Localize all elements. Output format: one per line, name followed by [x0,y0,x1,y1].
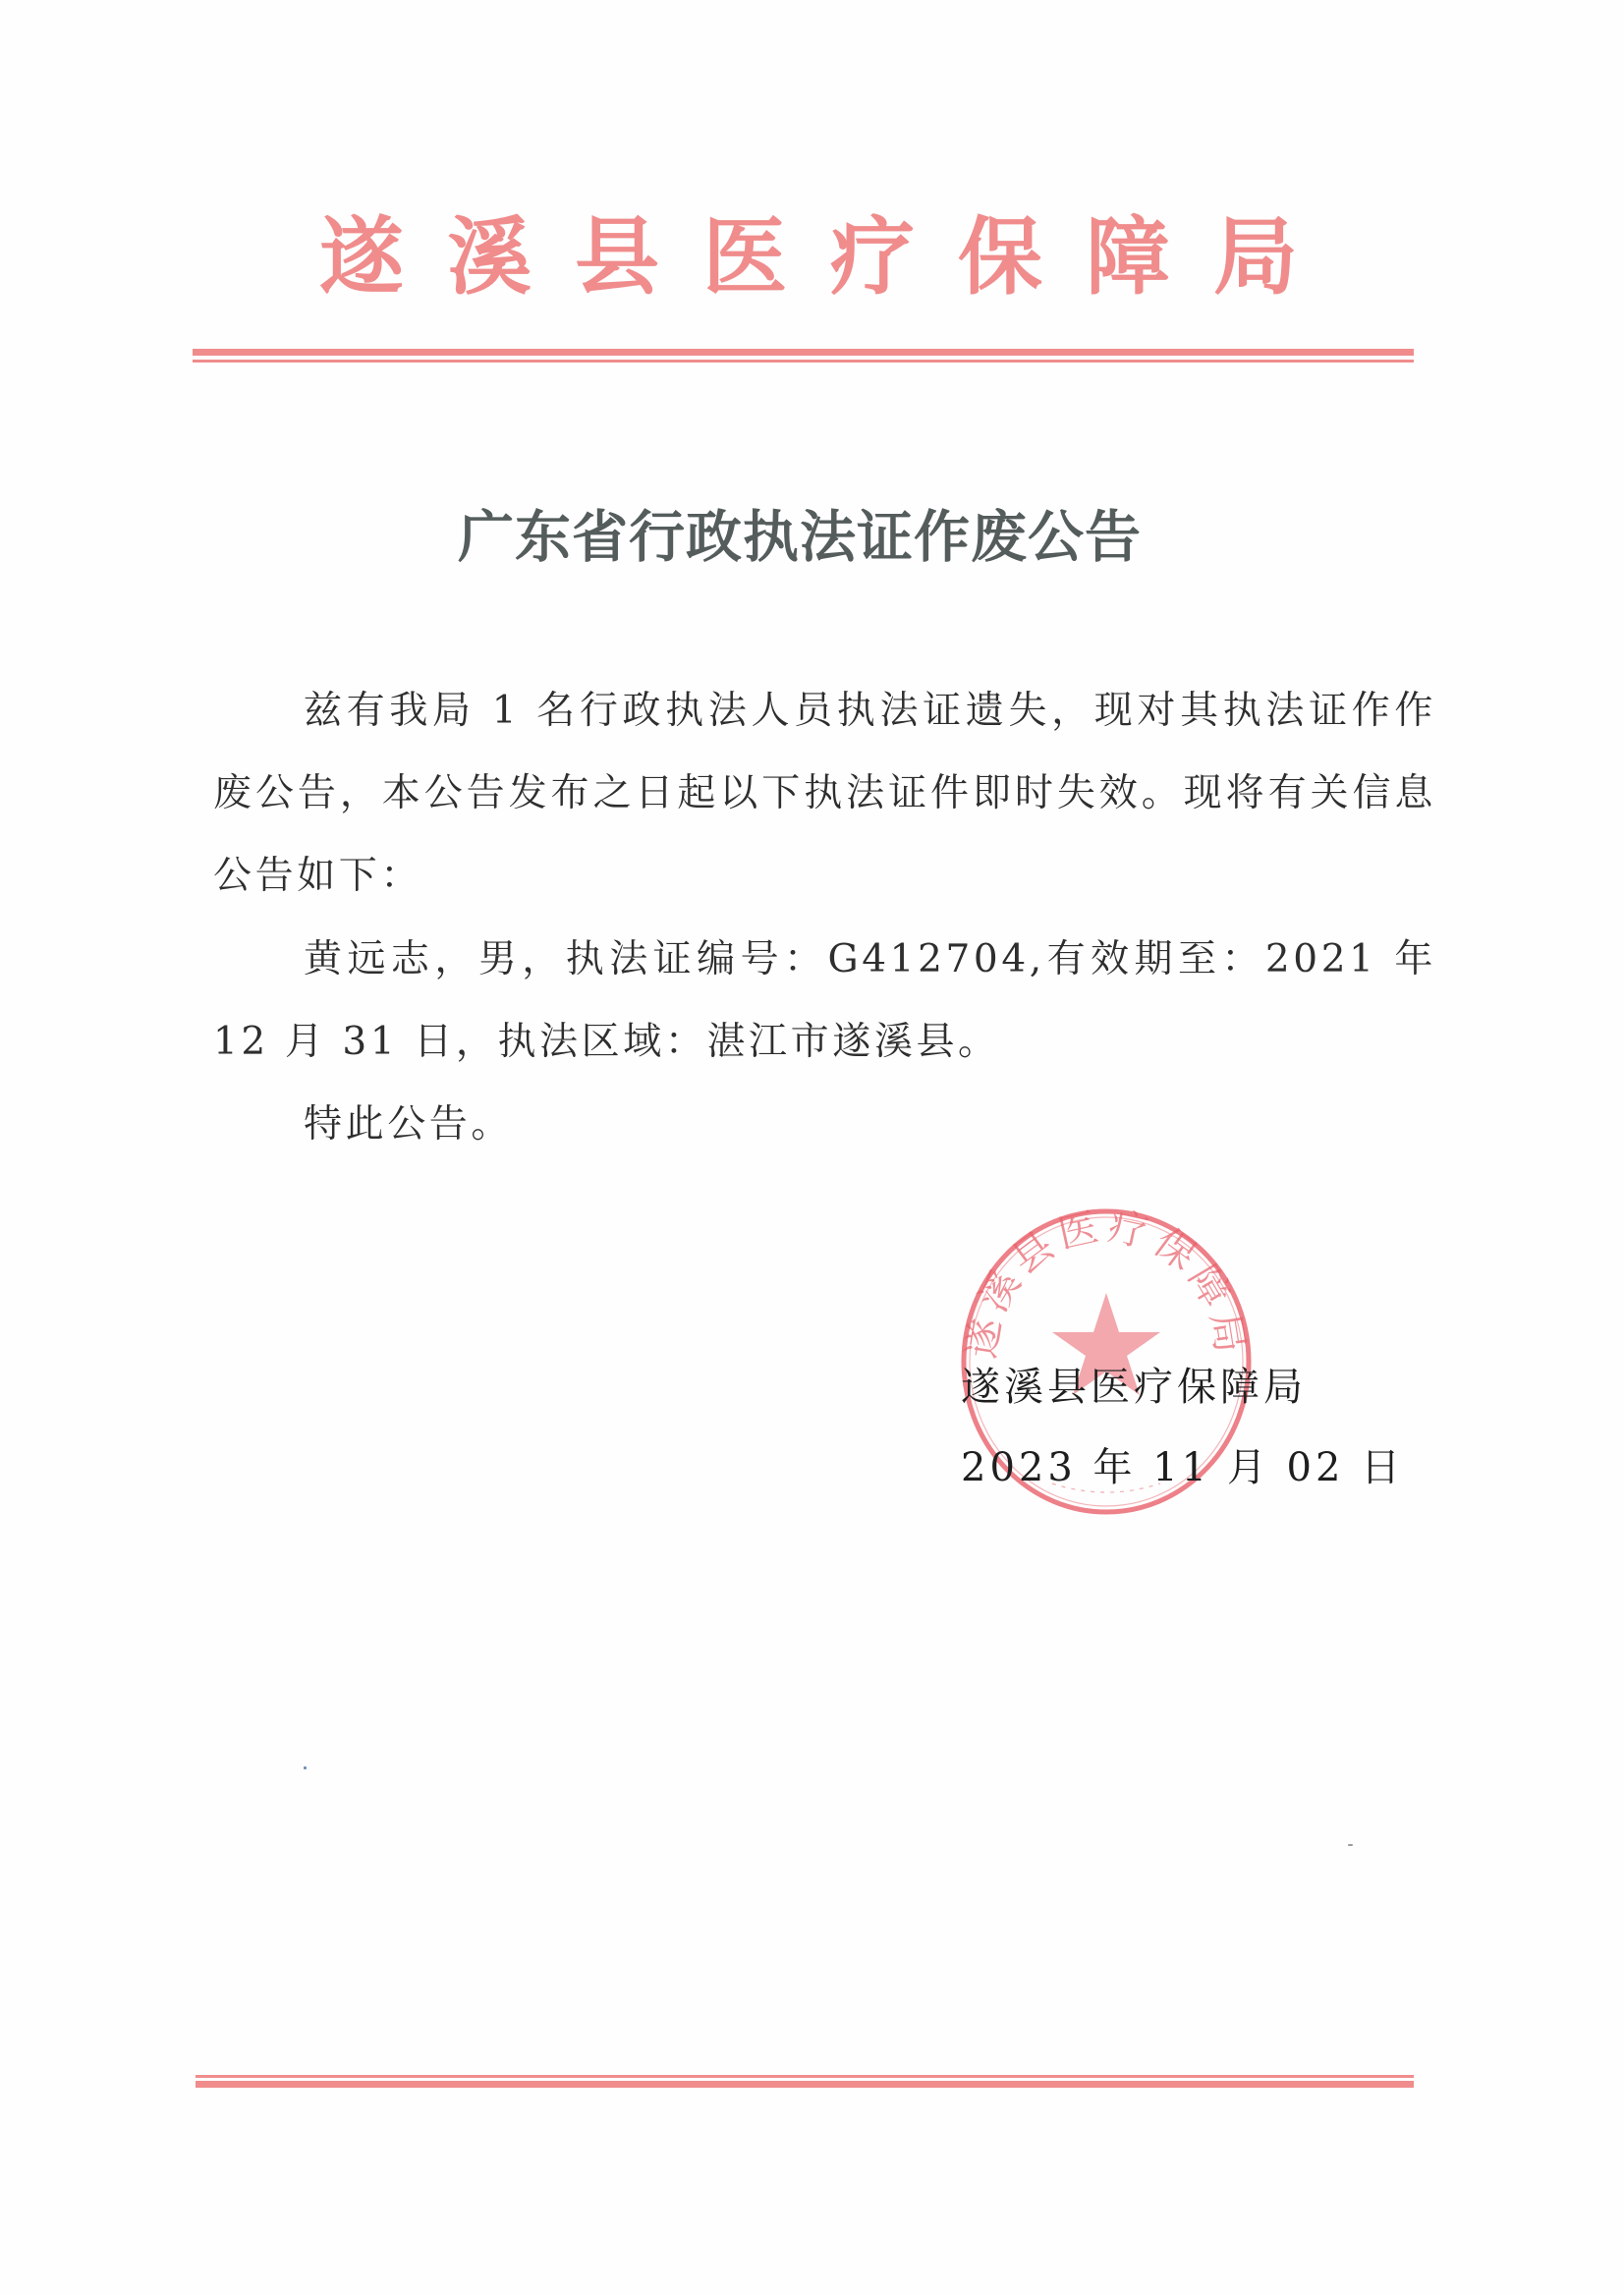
scan-speck [1348,1844,1353,1846]
scan-speck [304,1766,307,1769]
letterhead-char: 县 [568,208,666,307]
signature-organization: 遂溪县医疗保障局 [961,1360,1307,1415]
letterhead-char: 疗 [823,208,922,307]
footer-divider-thin [196,2075,1414,2078]
letterhead-divider-thin [193,360,1414,363]
document-page: 遂 溪 县 医 疗 保 障 局 广东省行政执法证作废公告 兹有我局 1 名行政执… [0,0,1624,2295]
notice-body-paragraph: 黄远志，男，执法证编号：G412704,有效期至：2021 年 12 月 31 … [213,919,1436,1084]
letterhead-divider-thick [193,349,1414,356]
letterhead-char: 遂 [312,208,411,307]
letterhead-char: 医 [696,208,794,307]
signature-date: 2023 年 11 月 02 日 [961,1440,1404,1495]
notice-closing: 特此公告。 [213,1084,1436,1166]
paragraph-text: 黄远志，男，执法证编号：G412704,有效期至：2021 年 12 月 31 … [213,919,1436,1084]
letterhead-char: 溪 [440,208,538,307]
paragraph-text: 特此公告。 [213,1084,1436,1166]
letterhead-char: 局 [1206,208,1305,307]
letterhead-title: 遂 溪 县 医 疗 保 障 局 [312,208,1305,307]
notice-title: 广东省行政执法证作废公告 [458,501,1204,575]
notice-body-paragraph: 兹有我局 1 名行政执法人员执法证遗失，现对其执法证作作废公告，本公告发布之日起… [213,670,1436,918]
letterhead-char: 障 [1079,208,1177,307]
footer-divider-thick [196,2081,1414,2088]
letterhead-char: 保 [951,208,1049,307]
paragraph-text: 兹有我局 1 名行政执法人员执法证遗失，现对其执法证作作废公告，本公告发布之日起… [213,670,1436,918]
